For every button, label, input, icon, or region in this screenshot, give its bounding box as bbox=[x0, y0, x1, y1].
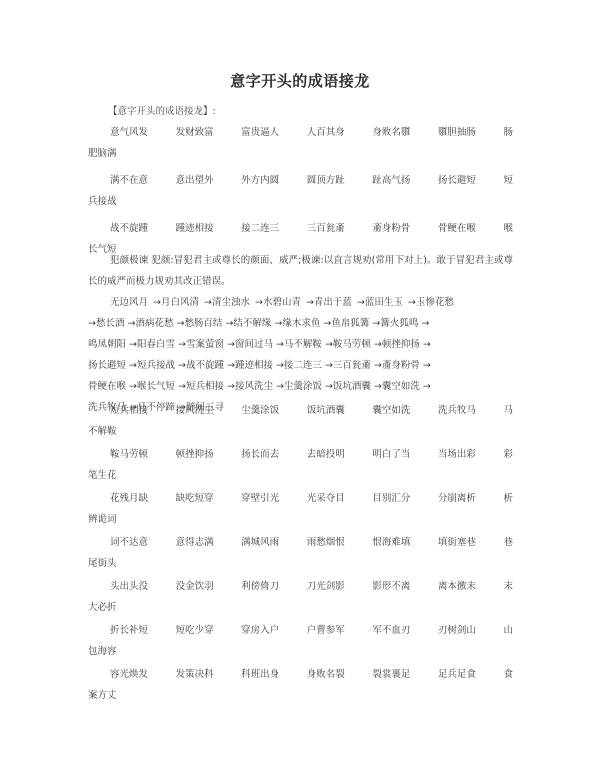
idiom: 顿挫抑扬 bbox=[176, 444, 242, 465]
idiom: 去暗投明 bbox=[307, 444, 373, 465]
idiom: 扬长避短 bbox=[438, 170, 504, 191]
idiom: 分崩离析 bbox=[438, 488, 504, 509]
idiom: 离本徼末 bbox=[438, 576, 504, 597]
idiom: 花残月缺 bbox=[110, 488, 176, 509]
idiom: 接风洗尘 bbox=[176, 400, 242, 421]
idiom: 满不在意 bbox=[110, 170, 176, 191]
idiom-row: 花残月缺 缺吃短穿 穿壁引光 光采夺目 目别汇分 分崩离析 析 辨诡词 bbox=[88, 488, 513, 530]
idiom: 刃树剑山 bbox=[438, 620, 504, 641]
idiom-wrap: 兵接战 bbox=[88, 191, 513, 212]
idiom-grid-1: 意气风发 发财致富 富贵逼人 人百其身 身败名隳 隳胆抽肠 肠 肥脑满 满不在意… bbox=[88, 122, 513, 260]
idiom-row: 短兵相接 接风洗尘 尘羹涂饭 饭坑酒囊 囊空如洗 洗兵牧马 马 不解鞍 bbox=[88, 400, 513, 442]
idiom-grid-2: 短兵相接 接风洗尘 尘羹涂饭 饭坑酒囊 囊空如洗 洗兵牧马 马 不解鞍 鞍马劳顿… bbox=[88, 400, 513, 706]
idiom: 满城风雨 bbox=[241, 532, 307, 553]
idiom-row: 意气风发 发财致富 富贵逼人 人百其身 身败名隳 隳胆抽肠 肠 肥脑满 bbox=[88, 122, 513, 164]
idiom: 户曹参军 bbox=[307, 620, 373, 641]
idiom: 富贵逼人 bbox=[241, 122, 307, 143]
idiom-wrap: 案方丈 bbox=[88, 685, 513, 706]
idiom-tail: 彩 bbox=[503, 444, 513, 465]
idiom: 意气风发 bbox=[110, 122, 176, 143]
idiom: 短兵相接 bbox=[110, 400, 176, 421]
idiom: 发策决科 bbox=[176, 664, 242, 685]
idiom: 尘羹涂饭 bbox=[241, 400, 307, 421]
idiom: 词不达意 bbox=[110, 532, 176, 553]
idiom: 趾高气扬 bbox=[372, 170, 438, 191]
idiom-wrap: 包海容 bbox=[88, 641, 513, 662]
idiom: 隳胆抽肠 bbox=[438, 122, 504, 143]
chain-line: 扬长避短 →短兵接战 →战不旋踵 →踵迹相接 →接二连三 →三百瓮齑 →齑身粉骨… bbox=[88, 355, 513, 376]
idiom: 缺吃短穿 bbox=[176, 488, 242, 509]
idiom: 折长补短 bbox=[110, 620, 176, 641]
idiom: 齑身粉骨 bbox=[372, 218, 438, 239]
idiom-wrap: 尾街头 bbox=[88, 553, 513, 574]
idiom-row: 词不达意 意得志满 满城风雨 雨愁烟恨 恨海难填 填街塞巷 巷 尾街头 bbox=[88, 532, 513, 574]
idiom: 恨海难填 bbox=[372, 532, 438, 553]
idiom: 三百瓮齑 bbox=[307, 218, 373, 239]
idiom: 利傍倚刀 bbox=[241, 576, 307, 597]
idiom-wrap: 大必折 bbox=[88, 597, 513, 618]
idiom: 意出望外 bbox=[176, 170, 242, 191]
idiom: 光采夺目 bbox=[307, 488, 373, 509]
idiom-tail: 肠 bbox=[503, 122, 513, 143]
idiom-wrap: 不解鞍 bbox=[88, 421, 513, 442]
idiom-tail: 山 bbox=[503, 620, 513, 641]
idiom: 发财致富 bbox=[176, 122, 242, 143]
idiom-row: 容光焕发 发策决科 科班出身 身败名裂 裂裳裹足 足兵足食 食 案方丈 bbox=[88, 664, 513, 706]
idiom-row: 头出头没 没金饮羽 利傍倚刀 刀光剑影 影形不离 离本徼末 末 大必折 bbox=[88, 576, 513, 618]
idiom: 圆顶方趾 bbox=[307, 170, 373, 191]
idiom-wrap: 肥脑满 bbox=[88, 143, 513, 164]
idiom-row: 满不在意 意出望外 外方内圆 圆顶方趾 趾高气扬 扬长避短 短 兵接战 bbox=[88, 170, 513, 212]
idiom-tail: 末 bbox=[503, 576, 513, 597]
idiom: 足兵足食 bbox=[438, 664, 504, 685]
idiom: 饭坑酒囊 bbox=[307, 400, 373, 421]
idiom: 影形不离 bbox=[372, 576, 438, 597]
chain-line: →愁长酒 →酒病花愁 →愁肠百结 →结不解缘 →缘木求鱼 →鱼帛狐篝 →篝火狐鸣… bbox=[88, 313, 513, 334]
document-title: 意字开头的成语接龙 bbox=[0, 70, 600, 91]
idiom: 接二连三 bbox=[241, 218, 307, 239]
idiom: 没金饮羽 bbox=[176, 576, 242, 597]
idiom: 囊空如洗 bbox=[372, 400, 438, 421]
idiom-tail: 马 bbox=[503, 400, 513, 421]
idiom: 填街塞巷 bbox=[438, 532, 504, 553]
idiom: 穿房入户 bbox=[241, 620, 307, 641]
idiom: 雨愁烟恨 bbox=[307, 532, 373, 553]
idiom: 人百其身 bbox=[307, 122, 373, 143]
idiom: 身败名隳 bbox=[372, 122, 438, 143]
idiom: 短吃少穿 bbox=[176, 620, 242, 641]
idiom-tail: 食 bbox=[503, 664, 513, 685]
idiom: 扬长而去 bbox=[241, 444, 307, 465]
idiom: 头出头没 bbox=[110, 576, 176, 597]
chain-line: 骨鲠在喉 →喉长气短 →短兵相接 →接风洗尘 →尘羹涂饭 →饭坑酒囊 →囊空如洗… bbox=[88, 376, 513, 397]
idiom: 裂裳裹足 bbox=[372, 664, 438, 685]
idiom: 踵迹相接 bbox=[176, 218, 242, 239]
idiom-tail: 巷 bbox=[503, 532, 513, 553]
idiom: 目别汇分 bbox=[372, 488, 438, 509]
idiom: 外方内圆 bbox=[241, 170, 307, 191]
idiom: 身败名裂 bbox=[307, 664, 373, 685]
idiom: 当场出彩 bbox=[438, 444, 504, 465]
idiom: 容光焕发 bbox=[110, 664, 176, 685]
idiom: 军不血刃 bbox=[372, 620, 438, 641]
definition-paragraph: 犯颜极谏 犯颜:冒犯君主或尊长的颜面、威严;极谏:以直言规劝(常用下对上)。敢于… bbox=[88, 250, 513, 292]
idiom-tail: 喉 bbox=[503, 218, 513, 239]
idiom-wrap: 辨诡词 bbox=[88, 509, 513, 530]
idiom-tail: 析 bbox=[503, 488, 513, 509]
idiom-row: 折长补短 短吃少穿 穿房入户 户曹参军 军不血刃 刃树剑山 山 包海容 bbox=[88, 620, 513, 662]
idiom: 明白了当 bbox=[372, 444, 438, 465]
idiom-wrap: 笔生花 bbox=[88, 465, 513, 486]
idiom: 穿壁引光 bbox=[241, 488, 307, 509]
idiom: 鞍马劳顿 bbox=[110, 444, 176, 465]
idiom: 意得志满 bbox=[176, 532, 242, 553]
idiom-tail: 短 bbox=[503, 170, 513, 191]
chain-line: 鸣凤朝阳 →阳春白雪 →雪案萤窗 →窗间过马 →马不解鞍 →鞍马劳顿 →顿挫抑扬… bbox=[88, 334, 513, 355]
idiom-row: 鞍马劳顿 顿挫抑扬 扬长而去 去暗投明 明白了当 当场出彩 彩 笔生花 bbox=[88, 444, 513, 486]
idiom: 战不旋踵 bbox=[110, 218, 176, 239]
chain-line: 无边风月 →月白风清 →清尘浊水 →水碧山青 →青出于蓝 →蓝田生玉 →玉惨花愁 bbox=[88, 292, 513, 313]
idiom: 科班出身 bbox=[241, 664, 307, 685]
idiom: 刀光剑影 bbox=[307, 576, 373, 597]
section-heading: 【意字开头的成语接龙】: bbox=[108, 103, 216, 117]
idiom: 骨鲠在喉 bbox=[438, 218, 504, 239]
idiom: 洗兵牧马 bbox=[438, 400, 504, 421]
